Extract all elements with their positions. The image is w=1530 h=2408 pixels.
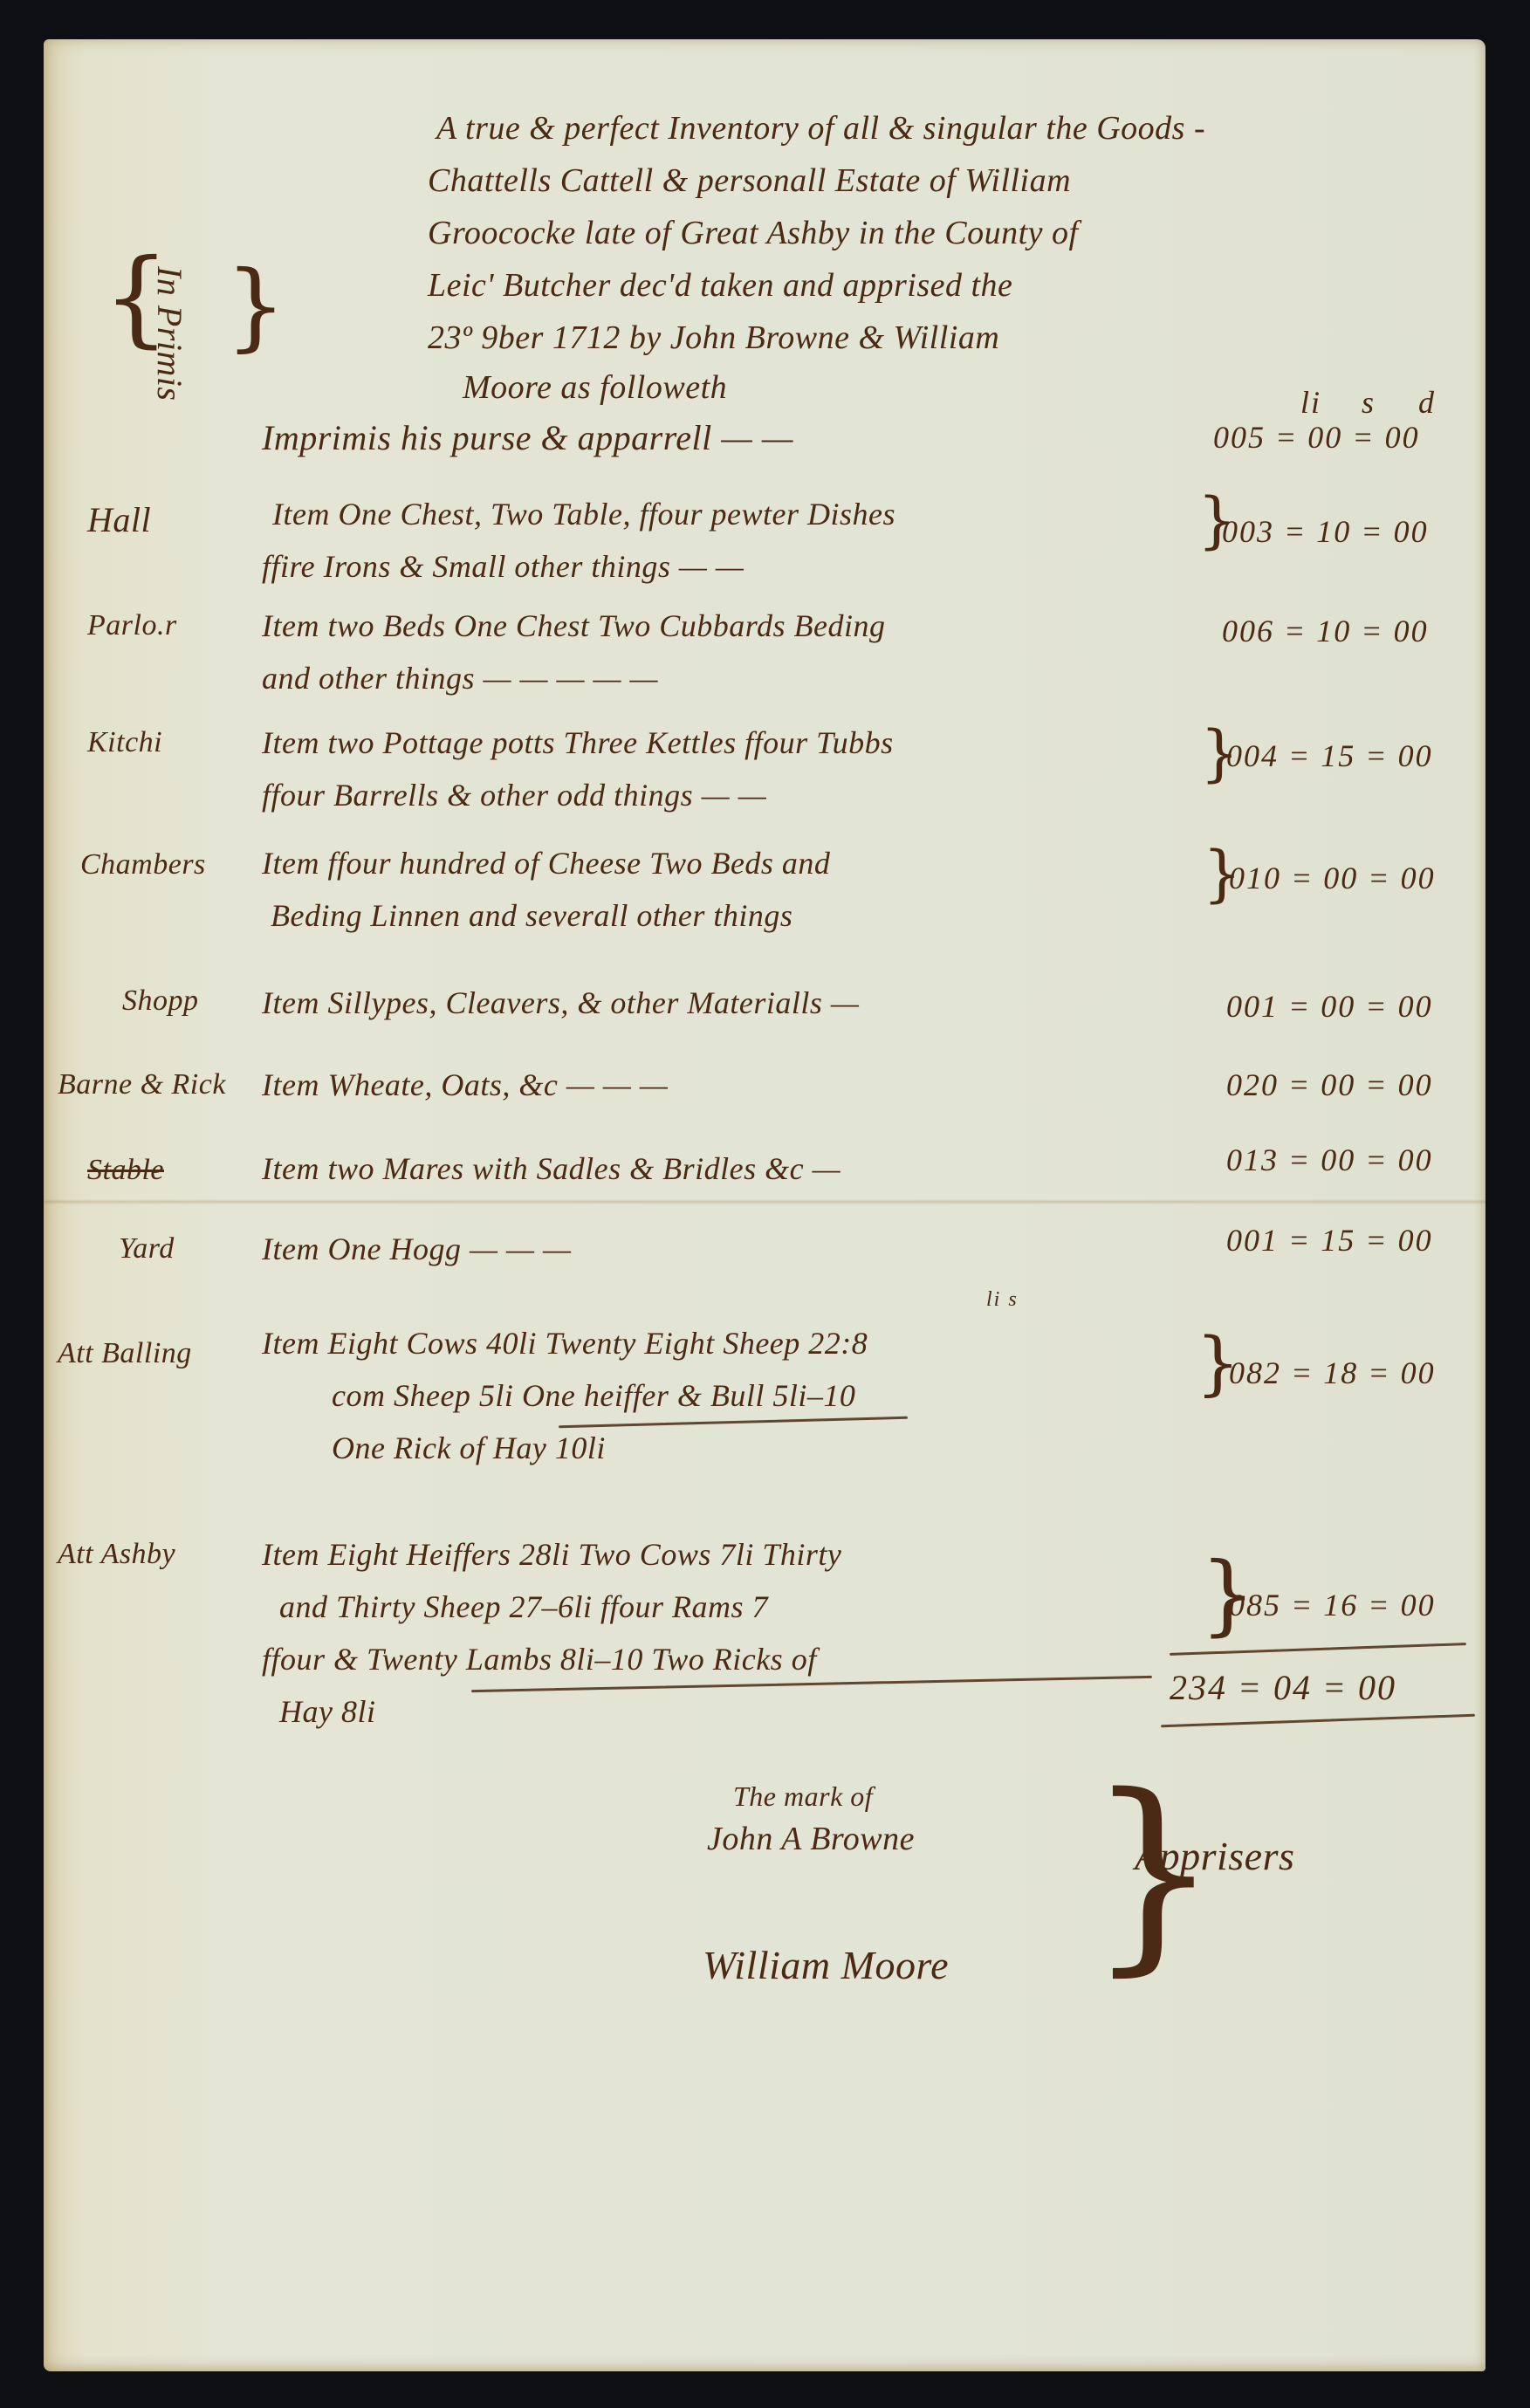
- entry-parlour-line-2: and other things — — — — —: [262, 660, 658, 696]
- signature-john-browne: John A Browne: [707, 1820, 915, 1858]
- entry-ashby-line-4: Hay 8li: [279, 1693, 375, 1730]
- heading-line-3: Groococke late of Great Ashby in the Cou…: [428, 208, 1079, 258]
- entry-stable-line-1: Item two Mares with Sadles & Bridles &c …: [262, 1150, 840, 1187]
- heading-line-2: Chattells Cattell & personall Estate of …: [428, 155, 1071, 206]
- entry-parlour-line-1: Item two Beds One Chest Two Cubbards Bed…: [262, 607, 885, 644]
- entry-parlour-amount: 006 = 10 = 00: [1222, 613, 1429, 649]
- margin-note-inprimis: In Primis: [149, 266, 190, 401]
- room-label-kitchen: Kitchi: [87, 726, 162, 759]
- heading-line-4: Leic' Butcher dec'd taken and apprised t…: [428, 260, 1012, 311]
- room-label-hall: Hall: [87, 499, 151, 540]
- entry-kitchen-line-2: ffour Barrells & other odd things — —: [262, 777, 766, 813]
- room-label-stable: Stable: [87, 1154, 164, 1187]
- room-label-yard: Yard: [119, 1232, 175, 1266]
- entry-shopp-line-1: Item Sillypes, Cleavers, & other Materia…: [262, 984, 859, 1021]
- entry-stable-amount: 013 = 00 = 00: [1226, 1142, 1433, 1178]
- entry-barne-line-1: Item Wheate, Oats, &c — — —: [262, 1067, 668, 1103]
- signature-caption: The mark of: [733, 1780, 873, 1813]
- entry-imprimis-line-1: Imprimis his purse & apparrell — —: [262, 417, 793, 458]
- room-label-barne-rick: Barne & Rick: [58, 1068, 226, 1101]
- heading-line-6: Moore as followeth: [463, 362, 727, 413]
- entry-balling-line-2: com Sheep 5li One heiffer & Bull 5li–10: [332, 1377, 855, 1414]
- heading-line-1: A true & perfect Inventory of all & sing…: [436, 103, 1205, 154]
- entry-balling-amount: 082 = 18 = 00: [1229, 1355, 1436, 1391]
- margin-brace-right: }: [225, 257, 286, 353]
- manuscript-page: [44, 39, 1485, 2371]
- room-label-shopp: Shopp: [122, 984, 199, 1018]
- entry-shopp-amount: 001 = 00 = 00: [1226, 988, 1433, 1025]
- entry-ashby-line-3: ffour & Twenty Lambs 8li–10 Two Ricks of: [262, 1641, 817, 1677]
- entry-kitchen-line-1: Item two Pottage potts Three Kettles ffo…: [262, 724, 894, 761]
- header-pounds: li: [1300, 384, 1321, 421]
- entry-kitchen-amount: 004 = 15 = 00: [1226, 737, 1433, 774]
- room-label-att-ashby: Att Ashby: [58, 1538, 175, 1571]
- entry-yard-amount: 001 = 15 = 00: [1226, 1222, 1433, 1259]
- entry-ashby-line-2: and Thirty Sheep 27–6li ffour Rams 7: [279, 1588, 768, 1625]
- inventory-total: 234 = 04 = 00: [1170, 1667, 1396, 1708]
- entry-ashby-amount: 085 = 16 = 00: [1229, 1587, 1436, 1623]
- entry-hall-amount: 003 = 10 = 00: [1222, 513, 1429, 550]
- entry-chambers-line-1: Item ffour hundred of Cheese Two Beds an…: [262, 845, 830, 882]
- header-pence: d: [1418, 384, 1436, 421]
- room-label-att-balling: Att Balling: [58, 1337, 192, 1370]
- room-label-chambers: Chambers: [80, 848, 206, 882]
- entry-balling-line-1: Item Eight Cows 40li Twenty Eight Sheep …: [262, 1325, 868, 1362]
- entry-hall-line-2: ffire Irons & Small other things — —: [262, 548, 744, 585]
- entry-balling-line-3: One Rick of Hay 10li: [332, 1430, 606, 1466]
- signature-william-moore: William Moore: [703, 1942, 949, 1988]
- entry-hall-line-1: Item One Chest, Two Table, ffour pewter …: [272, 496, 895, 532]
- entry-balling-superscript: li s: [986, 1288, 1019, 1312]
- signature-role-apprisers: Apprisers: [1135, 1833, 1294, 1879]
- header-shillings: s: [1362, 384, 1376, 421]
- entry-imprimis-amount: 005 = 00 = 00: [1213, 419, 1420, 456]
- entry-ashby-line-1: Item Eight Heiffers 28li Two Cows 7li Th…: [262, 1536, 841, 1573]
- paper-fold-crease: [44, 1199, 1485, 1204]
- entry-chambers-line-2: Beding Linnen and severall other things: [271, 897, 792, 934]
- entry-yard-line-1: Item One Hogg — — —: [262, 1231, 571, 1267]
- room-label-parlour: Parlo.r: [87, 609, 177, 642]
- heading-line-5: 23º 9ber 1712 by John Browne & William: [428, 312, 999, 363]
- entry-barne-amount: 020 = 00 = 00: [1226, 1067, 1433, 1103]
- entry-chambers-amount: 010 = 00 = 00: [1229, 860, 1436, 896]
